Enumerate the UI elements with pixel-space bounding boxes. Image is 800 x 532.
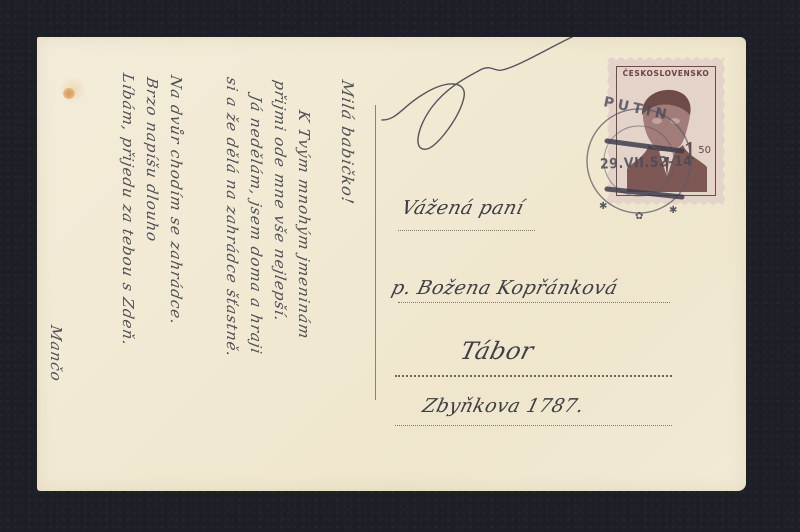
svg-text:✱: ✱ bbox=[669, 205, 677, 216]
address-line-3: Tábor bbox=[458, 337, 537, 365]
postmark-date: 29.VII.52-14 bbox=[600, 153, 693, 172]
message-line: si a že dělá na zahrádce šťastně. bbox=[223, 76, 241, 359]
address-dotted-line-2 bbox=[398, 302, 670, 303]
message-line: Na dvůr chodím se zahrádce. bbox=[167, 74, 185, 327]
svg-text:✿: ✿ bbox=[635, 211, 643, 222]
message-line: K Tvým mnohým jmeninám bbox=[295, 109, 313, 341]
svg-text:✱: ✱ bbox=[599, 201, 607, 212]
postcard: Vážená paní p. Božena Kopřánková Tábor Z… bbox=[37, 37, 746, 491]
address-line-1: Vážená paní bbox=[399, 197, 526, 219]
message-line: Milá babičko! bbox=[338, 79, 357, 206]
message-line: Brzo napíšu dlouho bbox=[143, 76, 161, 244]
address-line-2: p. Božena Kopřánková bbox=[389, 277, 620, 299]
stamp-country-label: ČESKOSLOVENSKO bbox=[617, 69, 715, 78]
message-line: Líbám, přijedu za tebou s Zdeň. bbox=[119, 72, 137, 348]
message-line: Já nedělám, jsem doma a hraji bbox=[247, 94, 265, 356]
vertical-divider bbox=[375, 105, 376, 400]
address-dotted-line-1 bbox=[398, 230, 535, 231]
address-dotted-line-4 bbox=[395, 425, 672, 426]
address-dotted-line-3 bbox=[395, 375, 672, 377]
message-signature: Mančo bbox=[47, 324, 65, 384]
message-line: přijmi ode mne vše nejlepší. bbox=[271, 79, 289, 324]
address-line-4: Zbyňkova 1787. bbox=[420, 395, 586, 417]
